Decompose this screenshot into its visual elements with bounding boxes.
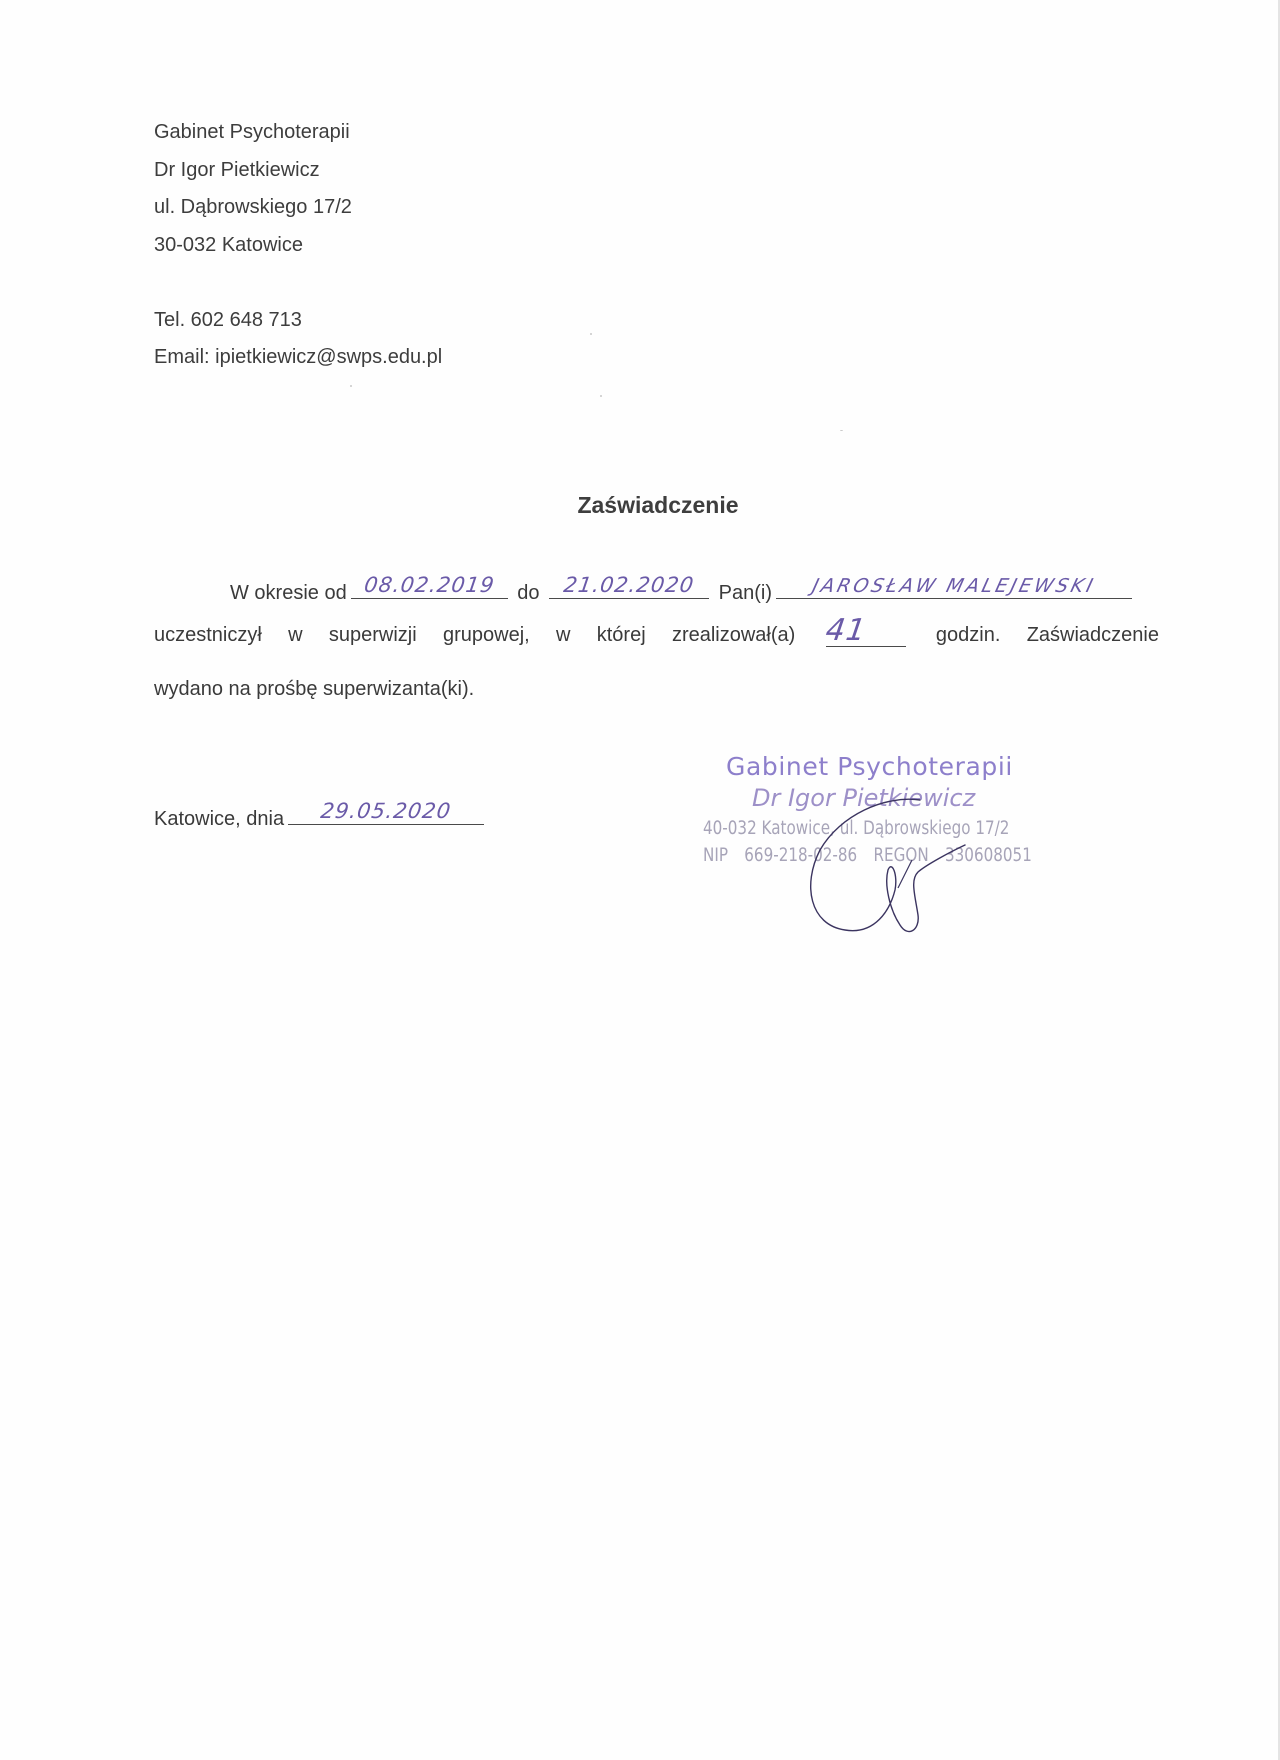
document-title: Zaświadczenie [0, 492, 1280, 519]
body-line-3: wydano na prośbę superwizanta(ki). [154, 678, 1159, 701]
word: zrealizował(a) [672, 624, 795, 647]
date-to-handwritten: 21.02.2020 [547, 573, 710, 597]
body-line-1: W okresie od08.02.2019 do 21.02.2020 Pan… [154, 576, 1159, 605]
document-page: Gabinet Psychoterapii Dr Igor Pietkiewic… [0, 0, 1280, 1760]
body-line-2: uczestniczył w superwizji grupowej, w kt… [154, 624, 1159, 647]
issue-date-handwritten: 29.05.2020 [286, 799, 485, 823]
sender-practice-name: Gabinet Psychoterapii [154, 114, 442, 152]
signature-icon [800, 790, 980, 940]
period-prefix: W okresie od [230, 582, 347, 604]
sender-spacer [154, 264, 442, 302]
word: godzin. [936, 624, 1001, 647]
word: w [556, 624, 570, 647]
date-to-field: 21.02.2020 [549, 576, 709, 599]
word: której [597, 624, 646, 647]
scan-speck [840, 430, 843, 431]
scan-speck [590, 333, 592, 335]
word: uczestniczył [154, 624, 262, 647]
person-name-handwritten: JAROSŁAW MALEJEWSKI [773, 575, 1134, 597]
sender-phone: Tel. 602 648 713 [154, 302, 442, 340]
stamp-practice-name: Gabinet Psychoterapii [726, 752, 1013, 781]
scan-speck [600, 395, 602, 397]
place-date-line: Katowice, dnia29.05.2020 [154, 802, 488, 831]
word: Zaświadczenie [1027, 624, 1159, 647]
issue-date-field: 29.05.2020 [288, 802, 484, 825]
place-label: Katowice, dnia [154, 808, 284, 830]
person-label: Pan(i) [719, 582, 772, 604]
sender-block: Gabinet Psychoterapii Dr Igor Pietkiewic… [154, 114, 442, 377]
hours-field: 41 [826, 624, 906, 647]
sender-city: 30-032 Katowice [154, 227, 442, 265]
word: grupowej, [443, 624, 530, 647]
to-word: do [517, 582, 539, 604]
word: superwizji [329, 624, 417, 647]
sender-doctor-name: Dr Igor Pietkiewicz [154, 152, 442, 190]
person-name-field: JAROSŁAW MALEJEWSKI [776, 576, 1132, 599]
date-from-handwritten: 08.02.2019 [349, 573, 509, 597]
hours-handwritten: 41 [823, 613, 908, 648]
scan-speck [350, 385, 352, 387]
sender-street: ul. Dąbrowskiego 17/2 [154, 189, 442, 227]
sender-email: Email: ipietkiewicz@swps.edu.pl [154, 339, 442, 377]
date-from-field: 08.02.2019 [351, 576, 508, 599]
word: w [288, 624, 302, 647]
